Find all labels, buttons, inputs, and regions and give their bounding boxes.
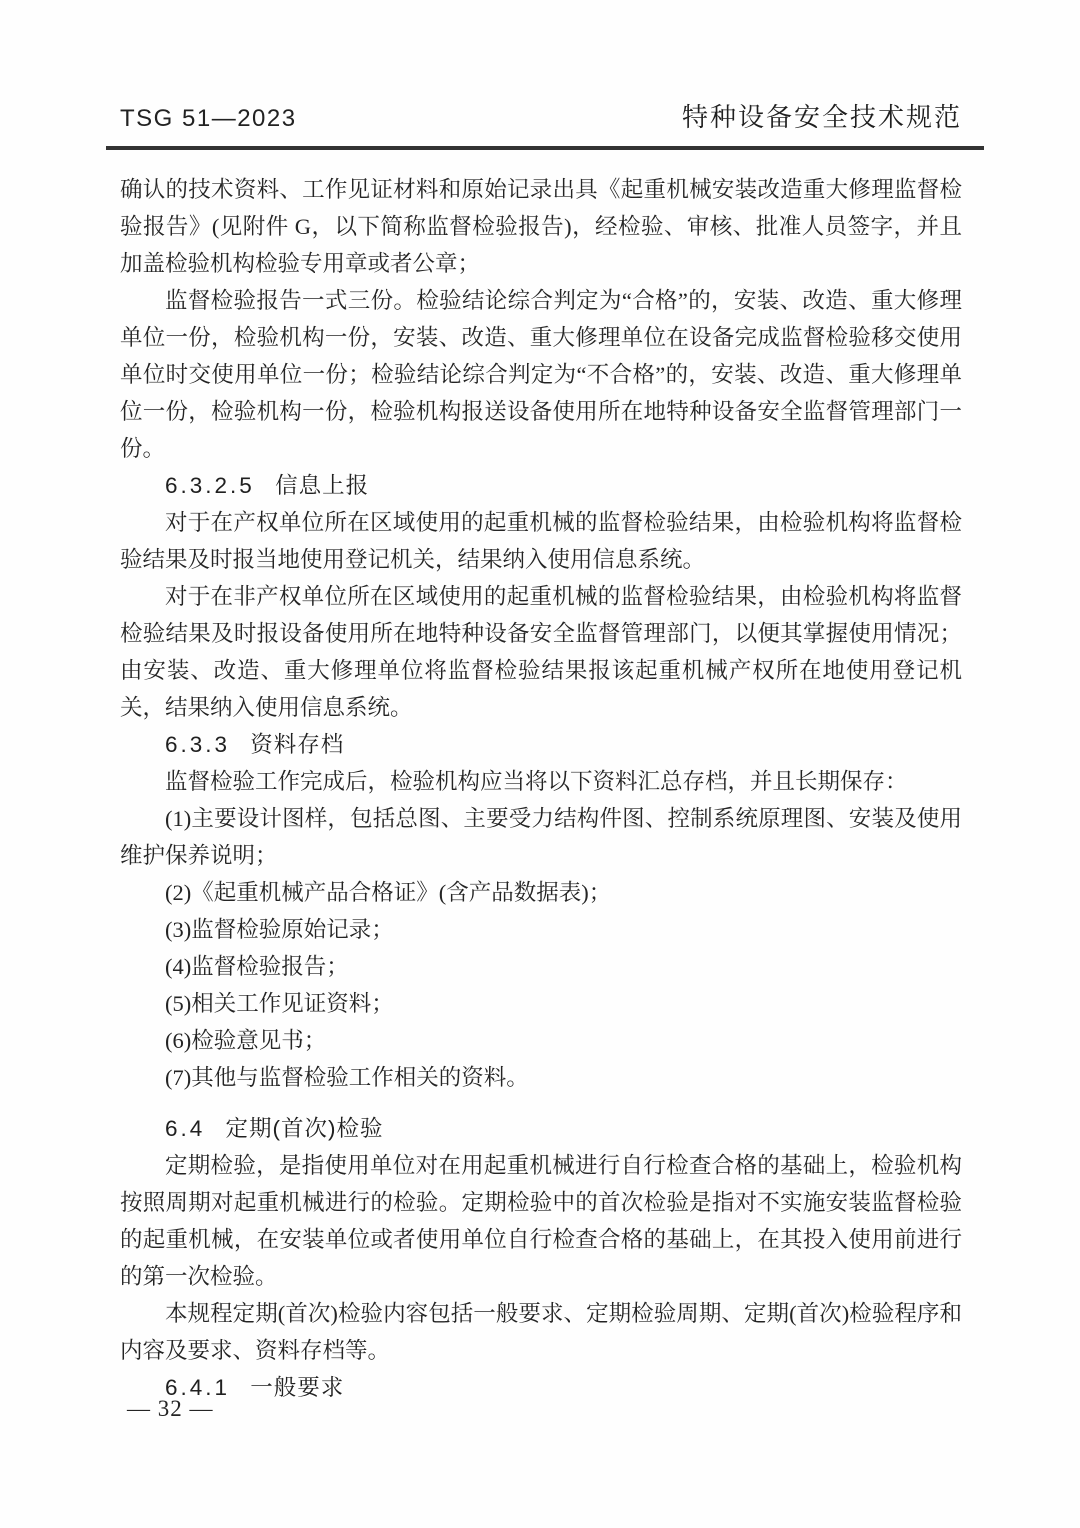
section-title: 一般要求 — [250, 1375, 344, 1400]
doc-code: TSG 51—2023 — [120, 105, 297, 133]
list-item: (7)其他与监督检验工作相关的资料。 — [120, 1059, 962, 1096]
page-content: TSG 51—2023 特种设备安全技术规范 确认的技术资料、工作见证材料和原始… — [120, 0, 962, 1406]
list-item: (5)相关工作见证资料； — [120, 985, 962, 1022]
body-text: 确认的技术资料、工作见证材料和原始记录出具《起重机械安装改造重大修理监督检验报告… — [120, 150, 962, 1406]
body-paragraph: 监督检验工作完成后，检验机构应当将以下资料汇总存档，并且长期保存： — [120, 763, 962, 800]
document-page: TSG 51—2023 特种设备安全技术规范 确认的技术资料、工作见证材料和原始… — [0, 0, 1080, 1528]
body-paragraph: 对于在非产权单位所在区域使用的起重机械的监督检验结果，由检验机构将监督检验结果及… — [120, 578, 962, 726]
list-item: (3)监督检验原始记录； — [120, 911, 962, 948]
body-paragraph: 定期检验，是指使用单位对在用起重机械进行自行检查合格的基础上，检验机构按照周期对… — [120, 1147, 962, 1295]
section-number: 6.3.2.5 — [165, 473, 255, 498]
list-item: (1)主要设计图样，包括总图、主要受力结构件图、控制系统原理图、安装及使用维护保… — [120, 800, 962, 874]
section-heading: 6.3.3资料存档 — [120, 726, 962, 763]
section-heading: 6.4.1一般要求 — [120, 1369, 962, 1406]
list-item: (6)检验意见书； — [120, 1022, 962, 1059]
section-title: 资料存档 — [250, 732, 344, 757]
body-paragraph: 监督检验报告一式三份。检验结论综合判定为“合格”的，安装、改造、重大修理单位一份… — [120, 282, 962, 467]
list-item: (2)《起重机械产品合格证》(含产品数据表)； — [120, 874, 962, 911]
list-item: (4)监督检验报告； — [120, 948, 962, 985]
section-title: 定期(首次)检验 — [226, 1116, 384, 1141]
section-heading: 6.4定期(首次)检验 — [120, 1110, 962, 1147]
section-heading: 6.3.2.5信息上报 — [120, 467, 962, 504]
spec-title: 特种设备安全技术规范 — [682, 97, 962, 134]
section-title: 信息上报 — [275, 473, 369, 498]
body-paragraph: 确认的技术资料、工作见证材料和原始记录出具《起重机械安装改造重大修理监督检验报告… — [120, 171, 962, 282]
section-number: 6.4 — [165, 1116, 205, 1141]
body-paragraph: 本规程定期(首次)检验内容包括一般要求、定期检验周期、定期(首次)检验程序和内容… — [120, 1295, 962, 1369]
body-paragraph: 对于在产权单位所在区域使用的起重机械的监督检验结果，由检验机构将监督检验结果及时… — [120, 504, 962, 578]
section-number: 6.3.3 — [165, 732, 230, 757]
page-number: — 32 — — [127, 1396, 214, 1422]
page-header: TSG 51—2023 特种设备安全技术规范 — [120, 0, 962, 134]
